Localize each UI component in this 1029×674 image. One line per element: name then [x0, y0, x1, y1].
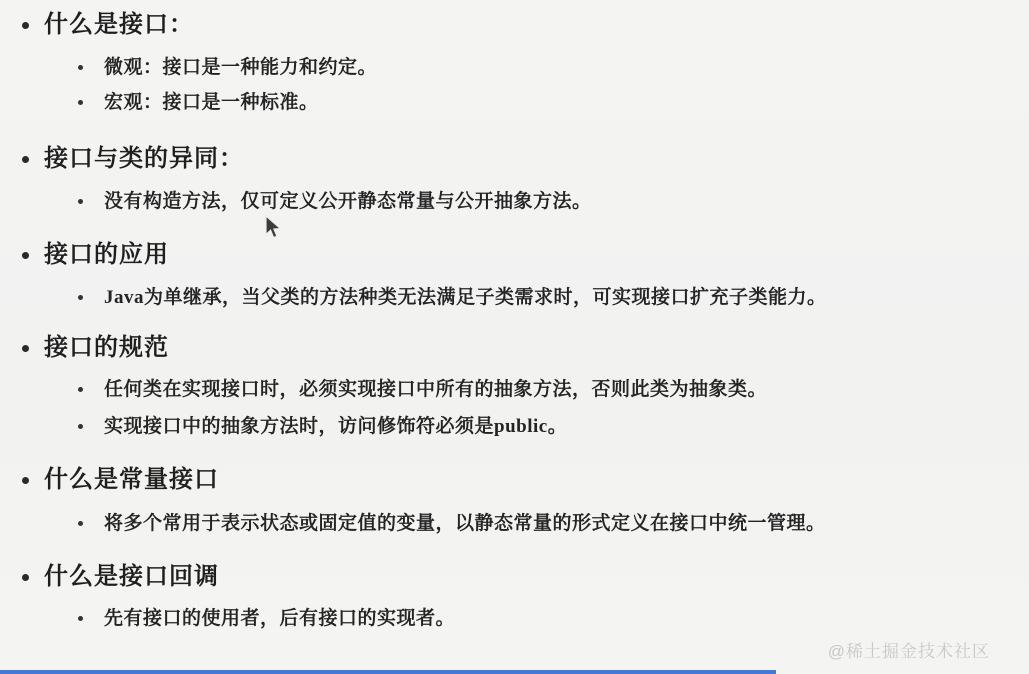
- list-item-text: 将多个常用于表示状态或固定值的变量，以静态常量的形式定义在接口中统一管理。: [104, 511, 826, 537]
- list-item: 实现接口中的抽象方法时，访问修饰符必须是public。: [0, 414, 1029, 440]
- list-item-text: 微观：接口是一种能力和约定。: [104, 55, 377, 81]
- watermark: @稀土掘金技术社区: [828, 637, 990, 662]
- bullet-icon: [22, 22, 29, 29]
- bullet-icon: [78, 424, 83, 429]
- mouse-cursor-icon: [262, 215, 283, 240]
- heading-text: 什么是接口回调: [44, 562, 219, 592]
- heading-text: 接口的应用: [44, 240, 169, 270]
- list-item: 宏观：接口是一种标准。: [0, 90, 1029, 116]
- list-item: 没有构造方法，仅可定义公开静态常量与公开抽象方法。: [0, 189, 1029, 215]
- heading-text: 什么是常量接口: [44, 465, 219, 495]
- list-item-text: 没有构造方法，仅可定义公开静态常量与公开抽象方法。: [104, 189, 592, 215]
- section-heading-interface-application: 接口的应用: [0, 240, 1029, 270]
- bullet-icon: [22, 345, 29, 352]
- video-progress-bar[interactable]: [0, 670, 776, 674]
- bullet-icon: [22, 252, 29, 259]
- bullet-icon: [22, 477, 29, 484]
- bullet-icon: [78, 65, 83, 70]
- list-item: 将多个常用于表示状态或固定值的变量，以静态常量的形式定义在接口中统一管理。: [0, 511, 1029, 537]
- list-item-text: 任何类在实现接口时，必须实现接口中所有的抽象方法，否则此类为抽象类。: [104, 377, 767, 403]
- list-item-text: 宏观：接口是一种标准。: [104, 90, 319, 116]
- list-item: 微观：接口是一种能力和约定。: [0, 55, 1029, 81]
- list-item-text: 先有接口的使用者，后有接口的实现者。: [104, 606, 455, 632]
- list-item: 任何类在实现接口时，必须实现接口中所有的抽象方法，否则此类为抽象类。: [0, 377, 1029, 403]
- heading-text: 什么是接口：: [44, 10, 194, 40]
- bullet-icon: [78, 521, 83, 526]
- list-item: 先有接口的使用者，后有接口的实现者。: [0, 606, 1029, 632]
- list-item: Java为单继承，当父类的方法种类无法满足子类需求时，可实现接口扩充子类能力。: [0, 285, 1029, 311]
- bullet-icon: [78, 387, 83, 392]
- heading-text: 接口与类的异同：: [44, 144, 244, 174]
- bullet-icon: [78, 199, 83, 204]
- section-heading-what-is-interface: 什么是接口：: [0, 10, 1029, 40]
- bullet-icon: [78, 616, 83, 621]
- bullet-icon: [22, 574, 29, 581]
- section-heading-constant-interface: 什么是常量接口: [0, 465, 1029, 495]
- list-item-text: 实现接口中的抽象方法时，访问修饰符必须是public。: [104, 414, 567, 440]
- slide-canvas: 什么是接口： 微观：接口是一种能力和约定。 宏观：接口是一种标准。 接口与类的异…: [0, 0, 1029, 674]
- section-heading-interface-callback: 什么是接口回调: [0, 562, 1029, 592]
- section-heading-interface-vs-class: 接口与类的异同：: [0, 144, 1029, 174]
- bullet-icon: [22, 156, 29, 163]
- section-heading-interface-specification: 接口的规范: [0, 333, 1029, 363]
- bullet-icon: [78, 100, 83, 105]
- bullet-icon: [78, 295, 83, 300]
- heading-text: 接口的规范: [44, 333, 169, 363]
- list-item-text: Java为单继承，当父类的方法种类无法满足子类需求时，可实现接口扩充子类能力。: [104, 285, 827, 311]
